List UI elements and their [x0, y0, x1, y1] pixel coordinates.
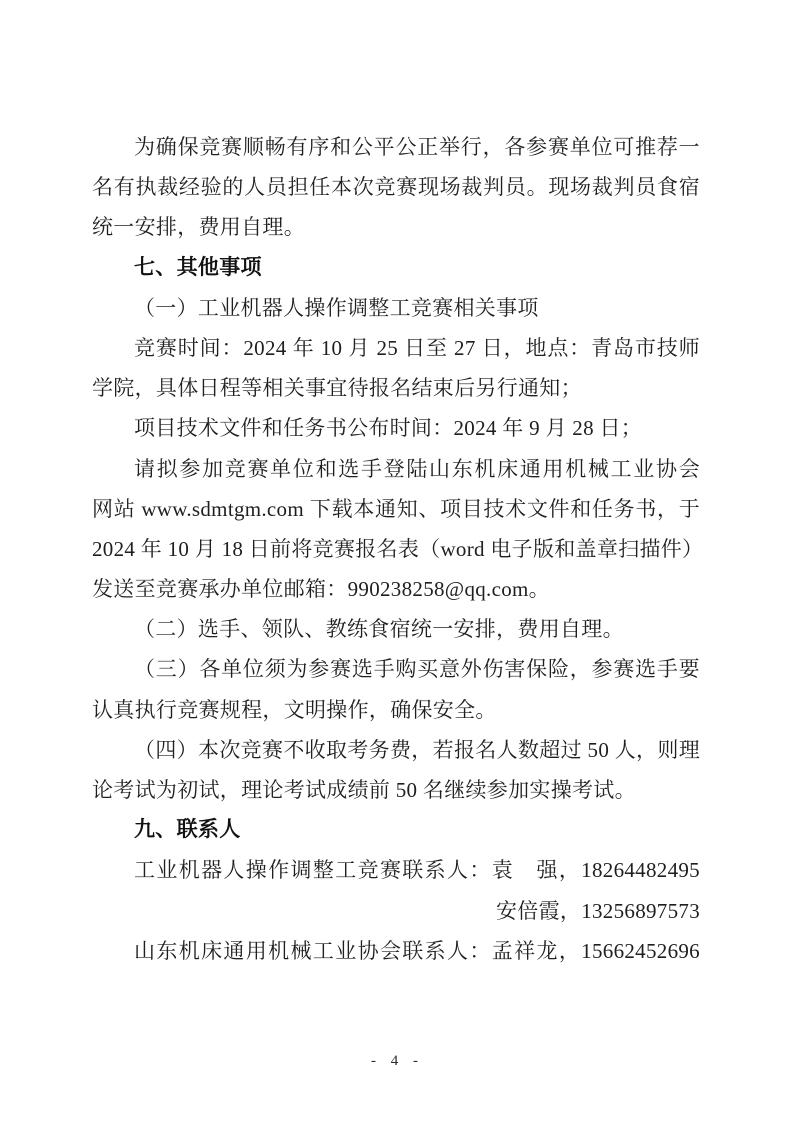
body-text-line: 山东机床通用机械工业协会联系人：孟祥龙，15662452696	[92, 931, 700, 971]
body-text-line: 网站 www.sdmtgm.com 下载本通知、项目技术文件和任务书，于	[92, 489, 700, 529]
body-text-line: 工业机器人操作调整工竞赛联系人：袁 强，18264482495	[92, 850, 700, 890]
body-text-line: 认真执行竞赛规程，文明操作，确保安全。	[92, 690, 700, 730]
body-text-line: （二）选手、领队、教练食宿统一安排，费用自理。	[92, 609, 700, 649]
body-text-line: 统一安排，费用自理。	[92, 207, 700, 247]
body-text-line: （四）本次竞赛不收取考务费，若报名人数超过 50 人，则理	[92, 730, 700, 770]
body-text-line: 2024 年 10 月 18 日前将竞赛报名表（word 电子版和盖章扫描件）	[92, 529, 700, 569]
page-number: - 4 -	[92, 1053, 700, 1070]
body-text-line: （三）各单位须为参赛选手购买意外伤害保险，参赛选手要	[92, 649, 700, 689]
body-text-line: 名有执裁经验的人员担任本次竞赛现场裁判员。现场裁判员食宿	[92, 167, 700, 207]
document-body: 为确保竞赛顺畅有序和公平公正举行，各参赛单位可推荐一名有执裁经验的人员担任本次竞…	[92, 127, 700, 971]
document-page: 为确保竞赛顺畅有序和公平公正举行，各参赛单位可推荐一名有执裁经验的人员担任本次竞…	[0, 0, 800, 1131]
body-text-line: 为确保竞赛顺畅有序和公平公正举行，各参赛单位可推荐一	[92, 127, 700, 167]
section-heading: 九、联系人	[92, 810, 700, 850]
body-text-line: 学院，具体日程等相关事宜待报名结束后另行通知；	[92, 368, 700, 408]
body-text-line: （一）工业机器人操作调整工竞赛相关事项	[92, 288, 700, 328]
body-text-line: 请拟参加竞赛单位和选手登陆山东机床通用机械工业协会	[92, 449, 700, 489]
body-text-line: 竞赛时间：2024 年 10 月 25 日至 27 日，地点：青岛市技师	[92, 328, 700, 368]
body-text-line: 论考试为初试，理论考试成绩前 50 名继续参加实操考试。	[92, 770, 700, 810]
body-text-line: 项目技术文件和任务书公布时间：2024 年 9 月 28 日；	[92, 408, 700, 448]
section-heading: 七、其他事项	[92, 248, 700, 288]
body-text-line: 发送至竞赛承办单位邮箱：990238258@qq.com。	[92, 569, 700, 609]
body-text-line: 安倍霞，13256897573	[92, 891, 700, 931]
